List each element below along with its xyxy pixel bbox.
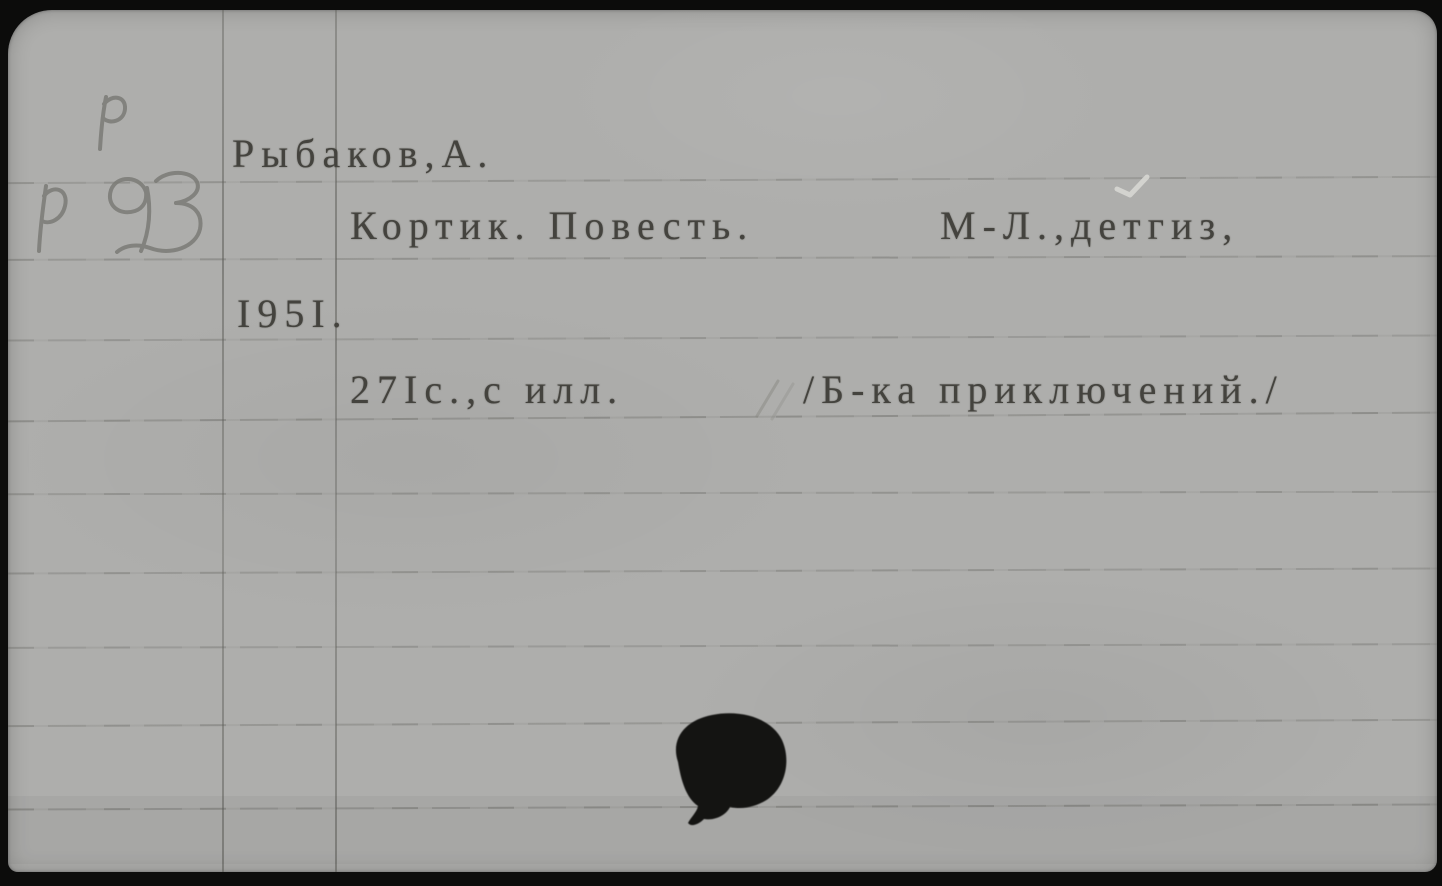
scanned-catalog-card-image: Рыбаков,А. Кортик. Повесть. М-Л.,детгиз,… xyxy=(0,0,1442,886)
imprint-statement: М-Л.,детгиз, xyxy=(940,206,1239,246)
pagination-statement: 27Iс.,с илл. xyxy=(350,370,624,410)
title-statement: Кортик. Повесть. xyxy=(350,206,754,246)
series-statement: /Б-ка приключений./ xyxy=(803,370,1284,410)
paper-shading xyxy=(8,796,1437,864)
publication-year: I95I. xyxy=(237,294,349,334)
column-rule xyxy=(222,10,224,872)
author-heading: Рыбаков,А. xyxy=(232,134,494,174)
